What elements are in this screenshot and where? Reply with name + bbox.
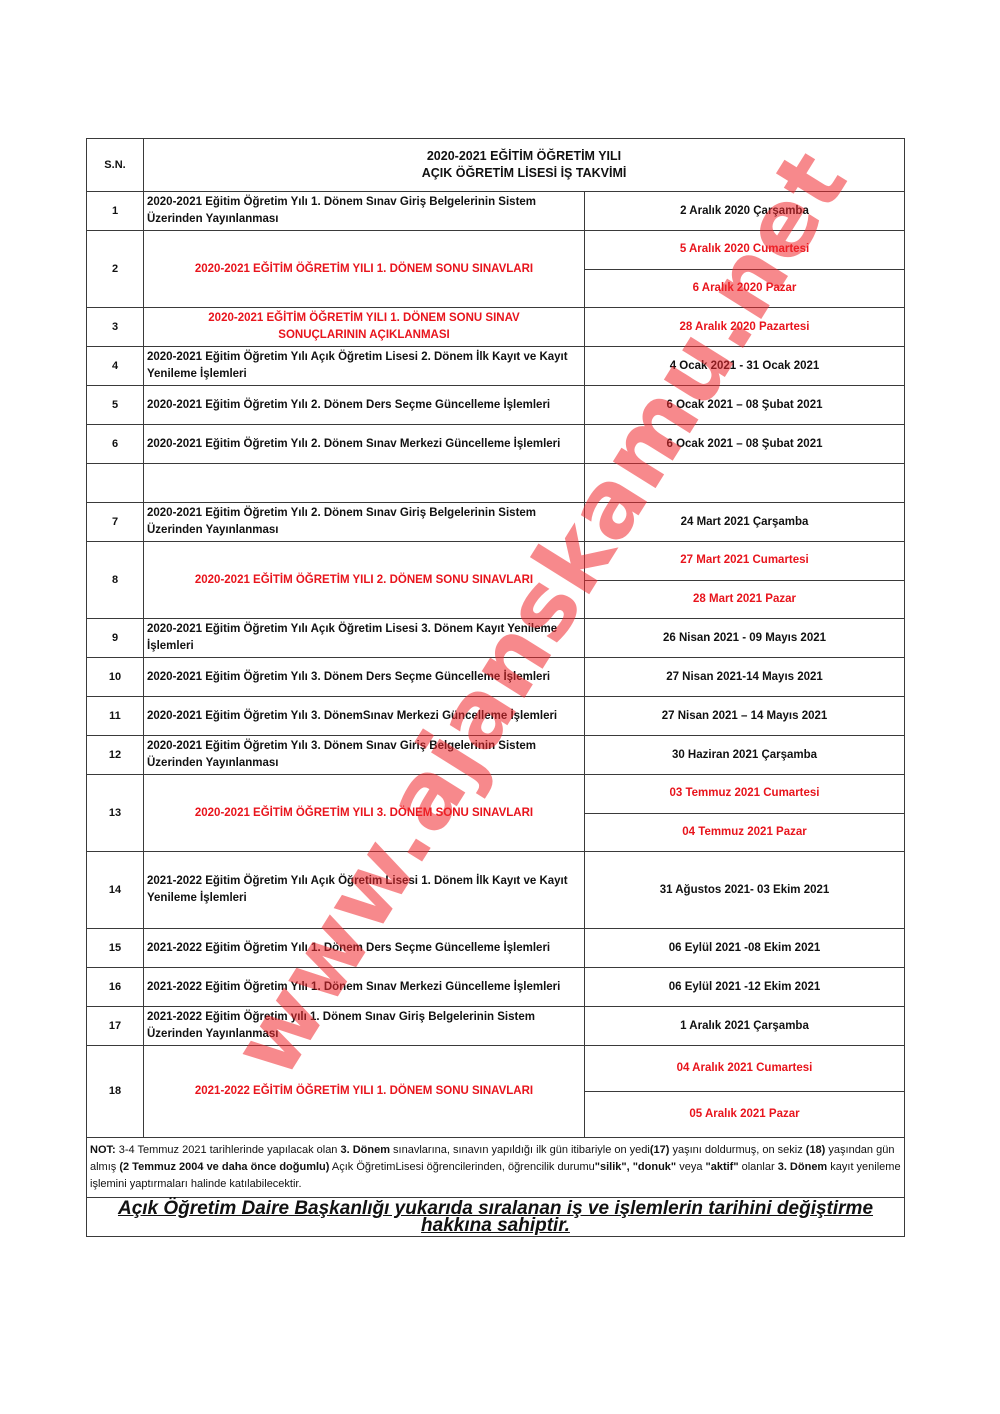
sn-column-header: S.N. xyxy=(87,139,144,192)
table-row: 142021-2022 Eğitim Öğretim Yılı Açık Öğr… xyxy=(87,852,905,929)
note-segment: olanlar xyxy=(739,1161,778,1173)
row-number: 10 xyxy=(87,658,144,697)
task-date: 28 Aralık 2020 Pazartesi xyxy=(585,308,905,347)
table-row: 112020-2021 Eğitim Öğretim Yılı 3. Dönem… xyxy=(87,697,905,736)
task-description: 2020-2021 Eğitim Öğretim Yılı 1. Dönem S… xyxy=(144,192,585,231)
note-segment: Açık ÖğretimLisesi öğrencilerinden, öğre… xyxy=(329,1161,594,1173)
row-number: 5 xyxy=(87,386,144,425)
table-row: 172021-2022 Eğitim Öğretim yılı 1. Dönem… xyxy=(87,1007,905,1046)
table-row xyxy=(87,464,905,503)
table-header-row: S.N. 2020-2021 EĞİTİM ÖĞRETİM YILI AÇIK … xyxy=(87,139,905,192)
table-row: 52020-2021 Eğitim Öğretim Yılı 2. Dönem … xyxy=(87,386,905,425)
task-date: 26 Nisan 2021 - 09 Mayıs 2021 xyxy=(585,619,905,658)
task-date: 05 Aralık 2021 Pazar xyxy=(585,1092,905,1138)
row-number: 13 xyxy=(87,775,144,852)
note-segment: 3. Dönem xyxy=(340,1144,390,1156)
task-description xyxy=(144,464,585,503)
task-date: 03 Temmuz 2021 Cumartesi xyxy=(585,775,905,814)
note-segment: NOT: xyxy=(90,1144,116,1156)
row-number xyxy=(87,464,144,503)
task-date: 06 Eylül 2021 -12 Ekim 2021 xyxy=(585,968,905,1007)
row-number: 4 xyxy=(87,347,144,386)
row-number: 3 xyxy=(87,308,144,347)
task-date xyxy=(585,464,905,503)
task-date: 27 Mart 2021 Cumartesi xyxy=(585,542,905,581)
table-row: 62020-2021 Eğitim Öğretim Yılı 2. Dönem … xyxy=(87,425,905,464)
task-description: 2020-2021 EĞİTİM ÖĞRETİM YILI 3. DÖNEM S… xyxy=(144,775,585,852)
table-row: 132020-2021 EĞİTİM ÖĞRETİM YILI 3. DÖNEM… xyxy=(87,775,905,814)
task-description: 2020-2021 Eğitim Öğretim Yılı 3. Dönem D… xyxy=(144,658,585,697)
table-row: 82020-2021 EĞİTİM ÖĞRETİM YILI 2. DÖNEM … xyxy=(87,542,905,581)
task-description: 2020-2021 EĞİTİM ÖĞRETİM YILI 2. DÖNEM S… xyxy=(144,542,585,619)
note-segment: veya xyxy=(676,1161,705,1173)
title-line-1: 2020-2021 EĞİTİM ÖĞRETİM YILI xyxy=(147,148,901,165)
task-date: 6 Ocak 2021 – 08 Şubat 2021 xyxy=(585,386,905,425)
note-text: NOT: 3-4 Temmuz 2021 tarihlerinde yapıla… xyxy=(87,1138,905,1198)
task-date: 28 Mart 2021 Pazar xyxy=(585,580,905,619)
task-description: 2020-2021 Eğitim Öğretim Yılı 2. Dönem S… xyxy=(144,503,585,542)
task-date: 06 Eylül 2021 -08 Ekim 2021 xyxy=(585,929,905,968)
table-row: 182021-2022 EĞİTİM ÖĞRETİM YILI 1. DÖNEM… xyxy=(87,1046,905,1092)
note-segment: (2 Temmuz 2004 ve daha önce doğumlu) xyxy=(119,1161,329,1173)
note-segment: 3-4 Temmuz 2021 tarihlerinde yapılacak o… xyxy=(116,1144,341,1156)
table-row: 122020-2021 Eğitim Öğretim Yılı 3. Dönem… xyxy=(87,736,905,775)
note-segment: "silik", "donuk" xyxy=(595,1161,676,1173)
table-row: 152021-2022 Eğitim Öğretim Yılı 1. Dönem… xyxy=(87,929,905,968)
task-date: 4 Ocak 2021 - 31 Ocak 2021 xyxy=(585,347,905,386)
row-number: 9 xyxy=(87,619,144,658)
task-description: 2020-2021 Eğitim Öğretim Yılı 2. Dönem D… xyxy=(144,386,585,425)
calendar-table: S.N. 2020-2021 EĞİTİM ÖĞRETİM YILI AÇIK … xyxy=(86,138,905,1237)
task-description: 2020-2021 Eğitim Öğretim Yılı 2. Dönem S… xyxy=(144,425,585,464)
note-segment: (18) xyxy=(806,1144,826,1156)
row-number: 6 xyxy=(87,425,144,464)
row-number: 1 xyxy=(87,192,144,231)
footer-row: Açık Öğretim Daire Başkanlığı yukarıda s… xyxy=(87,1198,905,1237)
task-date: 30 Haziran 2021 Çarşamba xyxy=(585,736,905,775)
table-row: 102020-2021 Eğitim Öğretim Yılı 3. Dönem… xyxy=(87,658,905,697)
note-segment: sınavlarına, sınavın yapıldığı ilk gün i… xyxy=(390,1144,650,1156)
task-description: 2021-2022 Eğitim Öğretim Yılı 1. Dönem D… xyxy=(144,929,585,968)
task-description: 2021-2022 Eğitim Öğretim yılı 1. Dönem S… xyxy=(144,1007,585,1046)
note-segment: 3. Dönem xyxy=(778,1161,828,1173)
task-date: 04 Temmuz 2021 Pazar xyxy=(585,813,905,852)
table-row: 22020-2021 EĞİTİM ÖĞRETİM YILI 1. DÖNEM … xyxy=(87,231,905,270)
task-date: 6 Aralık 2020 Pazar xyxy=(585,269,905,308)
title-line-2: AÇIK ÖĞRETİM LİSESİ İŞ TAKVİMİ xyxy=(147,165,901,182)
task-description: 2020-2021 Eğitim Öğretim Yılı 3. Dönem S… xyxy=(144,736,585,775)
task-description: 2021-2022 EĞİTİM ÖĞRETİM YILI 1. DÖNEM S… xyxy=(144,1046,585,1138)
task-date: 6 Ocak 2021 – 08 Şubat 2021 xyxy=(585,425,905,464)
row-number: 7 xyxy=(87,503,144,542)
rights-statement: Açık Öğretim Daire Başkanlığı yukarıda s… xyxy=(87,1198,905,1237)
task-description: 2021-2022 Eğitim Öğretim Yılı 1. Dönem S… xyxy=(144,968,585,1007)
task-date: 24 Mart 2021 Çarşamba xyxy=(585,503,905,542)
row-number: 18 xyxy=(87,1046,144,1138)
row-number: 16 xyxy=(87,968,144,1007)
row-number: 12 xyxy=(87,736,144,775)
row-number: 11 xyxy=(87,697,144,736)
table-row: 92020-2021 Eğitim Öğretim Yılı Açık Öğre… xyxy=(87,619,905,658)
document-title: 2020-2021 EĞİTİM ÖĞRETİM YILI AÇIK ÖĞRET… xyxy=(144,139,905,192)
row-number: 14 xyxy=(87,852,144,929)
task-date: 04 Aralık 2021 Cumartesi xyxy=(585,1046,905,1092)
task-description: 2020-2021 EĞİTİM ÖĞRETİM YILI 1. DÖNEM S… xyxy=(144,308,585,347)
task-description: 2021-2022 Eğitim Öğretim Yılı Açık Öğret… xyxy=(144,852,585,929)
row-number: 17 xyxy=(87,1007,144,1046)
note-segment: (17) xyxy=(650,1144,670,1156)
task-description: 2020-2021 Eğitim Öğretim Yılı Açık Öğret… xyxy=(144,619,585,658)
task-date: 31 Ağustos 2021- 03 Ekim 2021 xyxy=(585,852,905,929)
table-row: 12020-2021 Eğitim Öğretim Yılı 1. Dönem … xyxy=(87,192,905,231)
task-date: 27 Nisan 2021-14 Mayıs 2021 xyxy=(585,658,905,697)
task-description: 2020-2021 EĞİTİM ÖĞRETİM YILI 1. DÖNEM S… xyxy=(144,231,585,308)
task-date: 1 Aralık 2021 Çarşamba xyxy=(585,1007,905,1046)
table-row: 72020-2021 Eğitim Öğretim Yılı 2. Dönem … xyxy=(87,503,905,542)
task-description: 2020-2021 Eğitim Öğretim Yılı Açık Öğret… xyxy=(144,347,585,386)
note-segment: yaşını doldurmuş, on sekiz xyxy=(669,1144,805,1156)
note-row: NOT: 3-4 Temmuz 2021 tarihlerinde yapıla… xyxy=(87,1138,905,1198)
document-page: S.N. 2020-2021 EĞİTİM ÖĞRETİM YILI AÇIK … xyxy=(0,0,1000,1414)
note-segment: "aktif" xyxy=(706,1161,739,1173)
table-row: 162021-2022 Eğitim Öğretim Yılı 1. Dönem… xyxy=(87,968,905,1007)
table-row: 42020-2021 Eğitim Öğretim Yılı Açık Öğre… xyxy=(87,347,905,386)
row-number: 15 xyxy=(87,929,144,968)
row-number: 2 xyxy=(87,231,144,308)
task-description: 2020-2021 Eğitim Öğretim Yılı 3. DönemSı… xyxy=(144,697,585,736)
task-date: 2 Aralık 2020 Çarşamba xyxy=(585,192,905,231)
task-date: 27 Nisan 2021 – 14 Mayıs 2021 xyxy=(585,697,905,736)
table-row: 32020-2021 EĞİTİM ÖĞRETİM YILI 1. DÖNEM … xyxy=(87,308,905,347)
task-date: 5 Aralık 2020 Cumartesi xyxy=(585,231,905,270)
row-number: 8 xyxy=(87,542,144,619)
